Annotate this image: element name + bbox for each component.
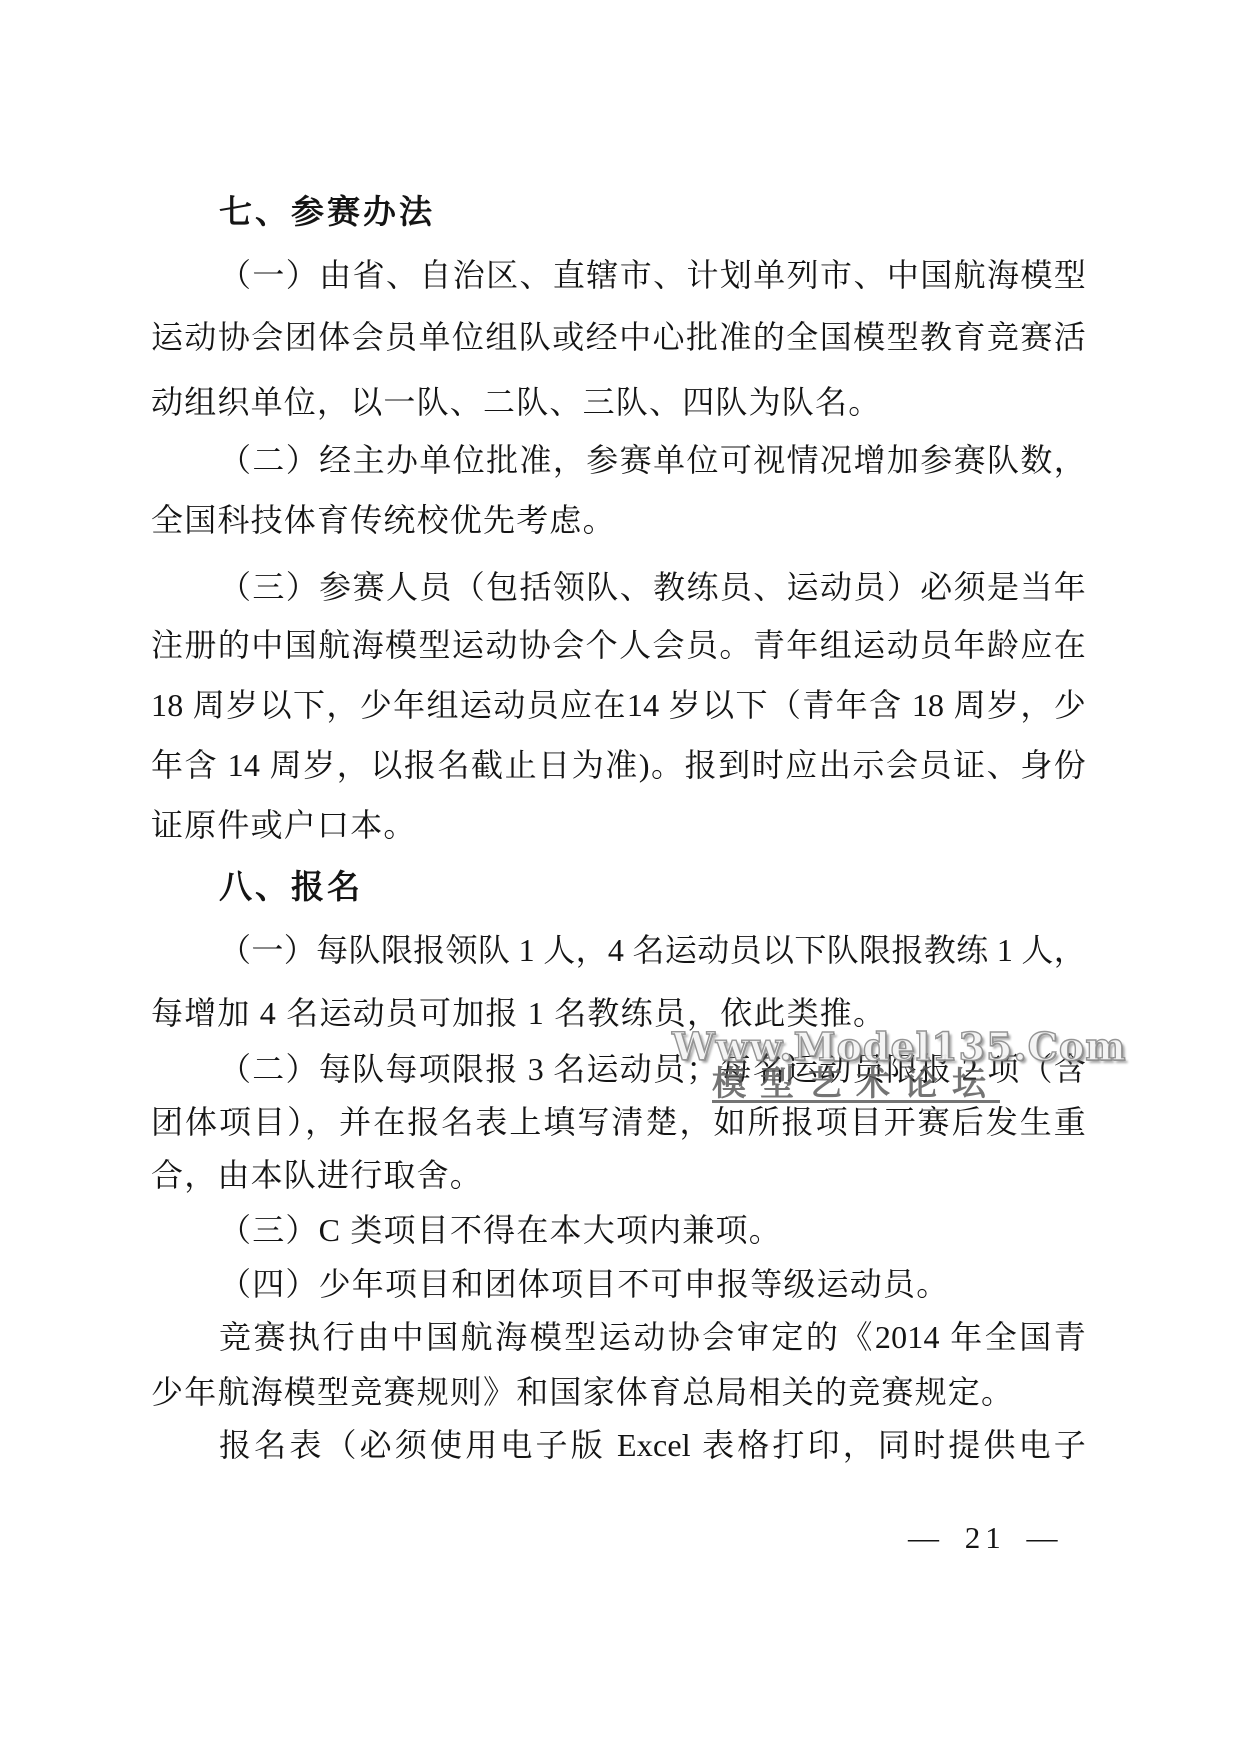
paragraph-line: （三）C 类项目不得在本大项内兼项。 [151,1211,1086,1249]
paragraph-line: 合，由本队进行取舍。 [151,1156,1086,1194]
paragraph-line: 注册的中国航海模型运动协会个人会员。青年组运动员年龄应在 [151,626,1086,664]
paragraph-line: 运动协会团体会员单位组队或经中心批准的全国模型教育竞赛活 [151,318,1086,356]
paragraph-line: 18 周岁以下，少年组运动员应在14 岁以下（青年含 18 周岁，少 [151,686,1086,724]
paragraph-line: 报名表（必须使用电子版 Excel 表格打印，同时提供电子 [151,1426,1086,1464]
paragraph-line: 少年航海模型竞赛规则》和国家体育总局相关的竞赛规定。 [151,1373,1086,1411]
document-body: 七、参赛办法 （一）由省、自治区、直辖市、计划单列市、中国航海模型 运动协会团体… [151,0,1086,1754]
paragraph-line: 竞赛执行由中国航海模型运动协会审定的《2014 年全国青 [151,1318,1086,1356]
paragraph-line: （一）由省、自治区、直辖市、计划单列市、中国航海模型 [151,256,1086,294]
paragraph-line: （三）参赛人员（包括领队、教练员、运动员）必须是当年 [151,568,1086,606]
paragraph-line: 年含 14 周岁，以报名截止日为准)。报到时应出示会员证、身份 [151,746,1086,784]
paragraph-line: 团体项目），并在报名表上填写清楚，如所报项目开赛后发生重 [151,1103,1086,1141]
paragraph-line: 证原件或户口本。 [151,806,1086,844]
section-heading-registration: 八、报名 [151,868,1086,906]
paragraph-line: 动组织单位，以一队、二队、三队、四队为队名。 [151,383,1086,421]
paragraph-line: （四）少年项目和团体项目不可申报等级运动员。 [151,1265,1086,1303]
page-number: — 21 — [908,1520,1063,1556]
watermark-forum-name: 模型艺术论坛 [712,1056,1000,1105]
section-heading-entry-method: 七、参赛办法 [151,193,1086,231]
document-page: 七、参赛办法 （一）由省、自治区、直辖市、计划单列市、中国航海模型 运动协会团体… [0,0,1239,1754]
paragraph-line: （一）每队限报领队 1 人，4 名运动员以下队限报教练 1 人， [151,931,1086,969]
paragraph-line: （二）经主办单位批准，参赛单位可视情况增加参赛队数， [151,441,1086,479]
paragraph-line: 全国科技体育传统校优先考虑。 [151,501,1086,539]
